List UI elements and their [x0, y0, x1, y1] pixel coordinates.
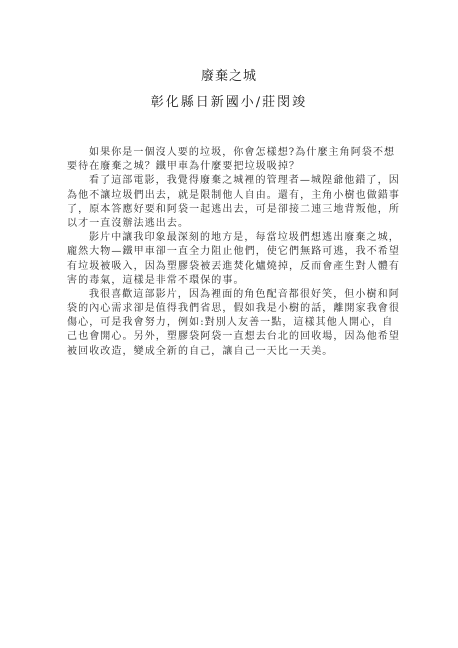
paragraph-2: 看了這部電影，我覺得廢棄之城裡的管理者—城隍爺他錯了，因 為他不讓垃圾們出去，就…: [67, 174, 397, 231]
paragraph-line: 龐然大物—鐵甲車卻一直全力阻止他們，使它們無路可逃，我不希望: [67, 245, 397, 259]
document-title: 廢棄之城: [0, 69, 458, 85]
paragraph-line: 以才一直沒辦法逃出去。: [67, 217, 397, 231]
paragraph-line: 看了這部電影，我覺得廢棄之城裡的管理者—城隍爺他錯了，因: [67, 174, 397, 188]
paragraph-line: 己也會開心。另外，塑膠袋阿袋一直想去台北的回收場，因為他希望: [67, 330, 397, 344]
paragraph-line: 我很喜歡這部影片，因為裡面的角色配音都很好笑，但小樹和阿: [67, 288, 397, 302]
paragraph-line: 袋的內心需求卻是值得我們省思，假如我是小樹的話，離開家我會很: [67, 302, 397, 316]
paragraph-line: 如果你是一個沒人要的垃圾，你會怎樣想?為什麼主角阿袋不想: [67, 146, 397, 160]
paragraph-line: 害的毒氣，這樣是非常不環保的事。: [67, 274, 397, 288]
paragraph-3: 影片中讓我印象最深刻的地方是，每當垃圾們想逃出廢棄之城， 龐然大物—鐵甲車卻一直…: [67, 231, 397, 288]
paragraph-1: 如果你是一個沒人要的垃圾，你會怎樣想?為什麼主角阿袋不想 要待在廢棄之城？鐵甲車…: [67, 146, 397, 174]
paragraph-line: 影片中讓我印象最深刻的地方是，每當垃圾們想逃出廢棄之城，: [67, 231, 397, 245]
paragraph-line: 傷心，可是我會努力，例如:對別人友善一點，這樣其他人開心，自: [67, 316, 397, 330]
paragraph-line: 了，原本答應好要和阿袋一起逃出去，可是卻接二連三地背叛他，所: [67, 203, 397, 217]
paragraph-line: 有垃圾被吸入，因為塑膠袋被丟進焚化爐燒掉，反而會產生對人體有: [67, 260, 397, 274]
paragraph-line: 要待在廢棄之城？鐵甲車為什麼要把垃圾吸掉？: [67, 160, 397, 174]
document-page: 廢棄之城 彰化縣日新國小/莊閔竣 如果你是一個沒人要的垃圾，你會怎樣想?為什麼主…: [0, 0, 458, 648]
document-author: 彰化縣日新國小/莊閔竣: [0, 95, 458, 111]
paragraph-4: 我很喜歡這部影片，因為裡面的角色配音都很好笑，但小樹和阿 袋的內心需求卻是值得我…: [67, 288, 397, 359]
paragraph-line: 被回收改造，變成全新的自己，讓自己一天比一天美。: [67, 345, 397, 359]
document-body: 如果你是一個沒人要的垃圾，你會怎樣想?為什麼主角阿袋不想 要待在廢棄之城？鐵甲車…: [67, 146, 397, 359]
paragraph-line: 為他不讓垃圾們出去，就是限制他人自由。還有，主角小樹也做錯事: [67, 189, 397, 203]
